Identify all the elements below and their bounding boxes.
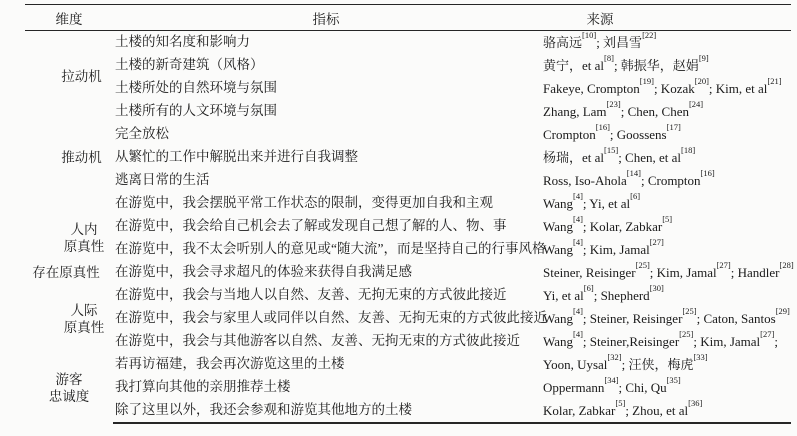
table-row: 我打算向其他的亲朋推荐土楼 Oppermann[34]; Chi, Qu[35]: [25, 376, 791, 399]
table-row: 游客 忠诚度 若再访福建，我会再次游览这里的土楼 Yoon, Uysal[32]…: [25, 353, 791, 376]
table-row: 逃离日常的生活 Ross, Iso-Ahola[14]; Crompton[16…: [25, 169, 791, 192]
indicator-cell: 若再访福建，我会再次游览这里的土楼: [113, 353, 539, 376]
table-row: 拉动机 土楼的知名度和影响力 骆高远[10]; 刘昌雪[22]: [25, 31, 791, 55]
dimension-existential-authenticity: 存在原真性: [25, 192, 55, 353]
table-row: 除了这里以外，我还会参观和游览其他地方的土楼 Kolar, Zabkar[5];…: [25, 399, 791, 423]
source-cell: Ross, Iso-Ahola[14]; Crompton[16]: [539, 169, 791, 192]
source-cell: Steiner, Reisinger[25]; Kim, Jamal[27]; …: [539, 261, 791, 284]
source-cell: 骆高远[10]; 刘昌雪[22]: [539, 31, 791, 55]
indicator-cell: 在游览中，我会与当地人以自然、友善、无拘无束的方式彼此接近: [113, 284, 539, 307]
table-row: 在游览中，我会与其他游客以自然、友善、无拘无束的方式彼此接近 Wang[4]; …: [25, 330, 791, 353]
indicator-cell: 逃离日常的生活: [113, 169, 539, 192]
indicator-cell: 土楼的新奇建筑（风格）: [113, 54, 539, 77]
table-row: 在游览中，我不太会听别人的意见或“随大流”，而是坚持自己的行事风格 Wang[4…: [25, 238, 791, 261]
subdimension-intrapersonal-line2: 原真性: [55, 238, 113, 255]
indicator-cell: 土楼所有的人文环境与氛围: [113, 100, 539, 123]
source-cell: Crompton[16]; Goossens[17]: [539, 123, 791, 146]
source-cell: Wang[4]; Kolar, Zabkar[5]: [539, 215, 791, 238]
indicator-cell: 从繁忙的工作中解脱出来并进行自我调整: [113, 146, 539, 169]
indicator-cell: 在游览中，我会摆脱平常工作状态的限制，变得更加自我和主观: [113, 192, 539, 215]
dimension-existential-authenticity-label: 存在原真性: [32, 259, 48, 286]
indicator-cell: 完全放松: [113, 123, 539, 146]
table-row: 从繁忙的工作中解脱出来并进行自我调整 杨瑞，et al[15]; Chen, e…: [25, 146, 791, 169]
subdimension-interpersonal-line1: 人际: [55, 302, 113, 319]
indicator-cell: 在游览中，我不太会听别人的意见或“随大流”，而是坚持自己的行事风格: [113, 238, 539, 261]
table-row: 土楼所有的人文环境与氛围 Zhang, Lam[23]; Chen, Chen[…: [25, 100, 791, 123]
dimension-pull-motivation: 拉动机: [25, 31, 113, 124]
source-cell: Yoon, Uysal[32]; 汪侠，梅虎[33]: [539, 353, 791, 376]
indicator-cell: 在游览中，我会给自己机会去了解或发现自己想了解的人、物、事: [113, 215, 539, 238]
table-row: 人际 原真性 在游览中，我会与当地人以自然、友善、无拘无束的方式彼此接近 Yi,…: [25, 284, 791, 307]
table-header: 维度 指标 来源: [25, 5, 791, 31]
indicator-cell: 在游览中，我会与家里人或同伴以自然、友善、无拘无束的方式彼此接近: [113, 307, 539, 330]
measurement-table-wrapper: 维度 指标 来源 拉动机 土楼的知名度和影响力 骆高远[10]; 刘昌雪[22]…: [25, 4, 791, 424]
indicator-cell: 在游览中，我会寻求超凡的体验来获得自我满足感: [113, 261, 539, 284]
source-cell: 杨瑞，et al[15]; Chen, et al[18]: [539, 146, 791, 169]
source-cell: 黄宁，et al[8]; 韩振华，赵娟[9]: [539, 54, 791, 77]
indicator-cell: 我打算向其他的亲朋推荐土楼: [113, 376, 539, 399]
table-body: 拉动机 土楼的知名度和影响力 骆高远[10]; 刘昌雪[22] 土楼的新奇建筑（…: [25, 31, 791, 424]
table-row: 在游览中，我会给自己机会去了解或发现自己想了解的人、物、事 Wang[4]; K…: [25, 215, 791, 238]
table-row: 在游览中，我会与家里人或同伴以自然、友善、无拘无束的方式彼此接近 Wang[4]…: [25, 307, 791, 330]
table-row: 存在原真性 人内 原真性 在游览中，我会摆脱平常工作状态的限制，变得更加自我和主…: [25, 192, 791, 215]
col-header-indicator: 指标: [113, 5, 539, 31]
indicator-cell: 土楼的知名度和影响力: [113, 31, 539, 55]
indicator-cell: 在游览中，我会与其他游客以自然、友善、无拘无束的方式彼此接近: [113, 330, 539, 353]
indicator-cell: 土楼所处的自然环境与氛围: [113, 77, 539, 100]
source-cell: Kolar, Zabkar[5]; Zhou, et al[36]: [539, 399, 791, 423]
dimension-tourist-loyalty: 游客 忠诚度: [25, 353, 113, 423]
subdimension-interpersonal-line2: 原真性: [55, 319, 113, 336]
table-row: 在游览中，我会寻求超凡的体验来获得自我满足感 Steiner, Reisinge…: [25, 261, 791, 284]
dimension-tourist-loyalty-line2: 忠诚度: [25, 388, 113, 405]
measurement-table: 维度 指标 来源 拉动机 土楼的知名度和影响力 骆高远[10]; 刘昌雪[22]…: [25, 4, 791, 424]
source-cell: Zhang, Lam[23]; Chen, Chen[24]: [539, 100, 791, 123]
table-row: 土楼所处的自然环境与氛围 Fakeye, Crompton[19]; Kozak…: [25, 77, 791, 100]
col-header-dimension: 维度: [25, 5, 113, 31]
source-cell: Wang[4]; Kim, Jamal[27]: [539, 238, 791, 261]
source-cell: Wang[4]; Steiner, Reisinger[25]; Caton, …: [539, 307, 791, 330]
table-row: 推动机 完全放松 Crompton[16]; Goossens[17]: [25, 123, 791, 146]
col-header-source: 来源: [539, 5, 791, 31]
dimension-push-motivation: 推动机: [25, 123, 113, 192]
header-row: 维度 指标 来源: [25, 5, 791, 31]
dimension-pull-motivation-label: 拉动机: [61, 64, 77, 90]
subdimension-interpersonal-authenticity: 人际 原真性: [55, 284, 113, 353]
source-cell: Yi, et al[6]; Shepherd[30]: [539, 284, 791, 307]
source-cell: Wang[4]; Steiner,Reisinger[25]; Kim, Jam…: [539, 330, 791, 353]
dimension-push-motivation-label: 推动机: [61, 146, 77, 169]
indicator-cell: 除了这里以外，我还会参观和游览其他地方的土楼: [113, 399, 539, 423]
subdimension-intrapersonal-line1: 人内: [55, 221, 113, 238]
source-cell: Oppermann[34]; Chi, Qu[35]: [539, 376, 791, 399]
dimension-tourist-loyalty-line1: 游客: [25, 371, 113, 388]
source-cell: Fakeye, Crompton[19]; Kozak[20]; Kim, et…: [539, 77, 791, 100]
table-row: 土楼的新奇建筑（风格） 黄宁，et al[8]; 韩振华，赵娟[9]: [25, 54, 791, 77]
source-cell: Wang[4]; Yi, et al[6]: [539, 192, 791, 215]
